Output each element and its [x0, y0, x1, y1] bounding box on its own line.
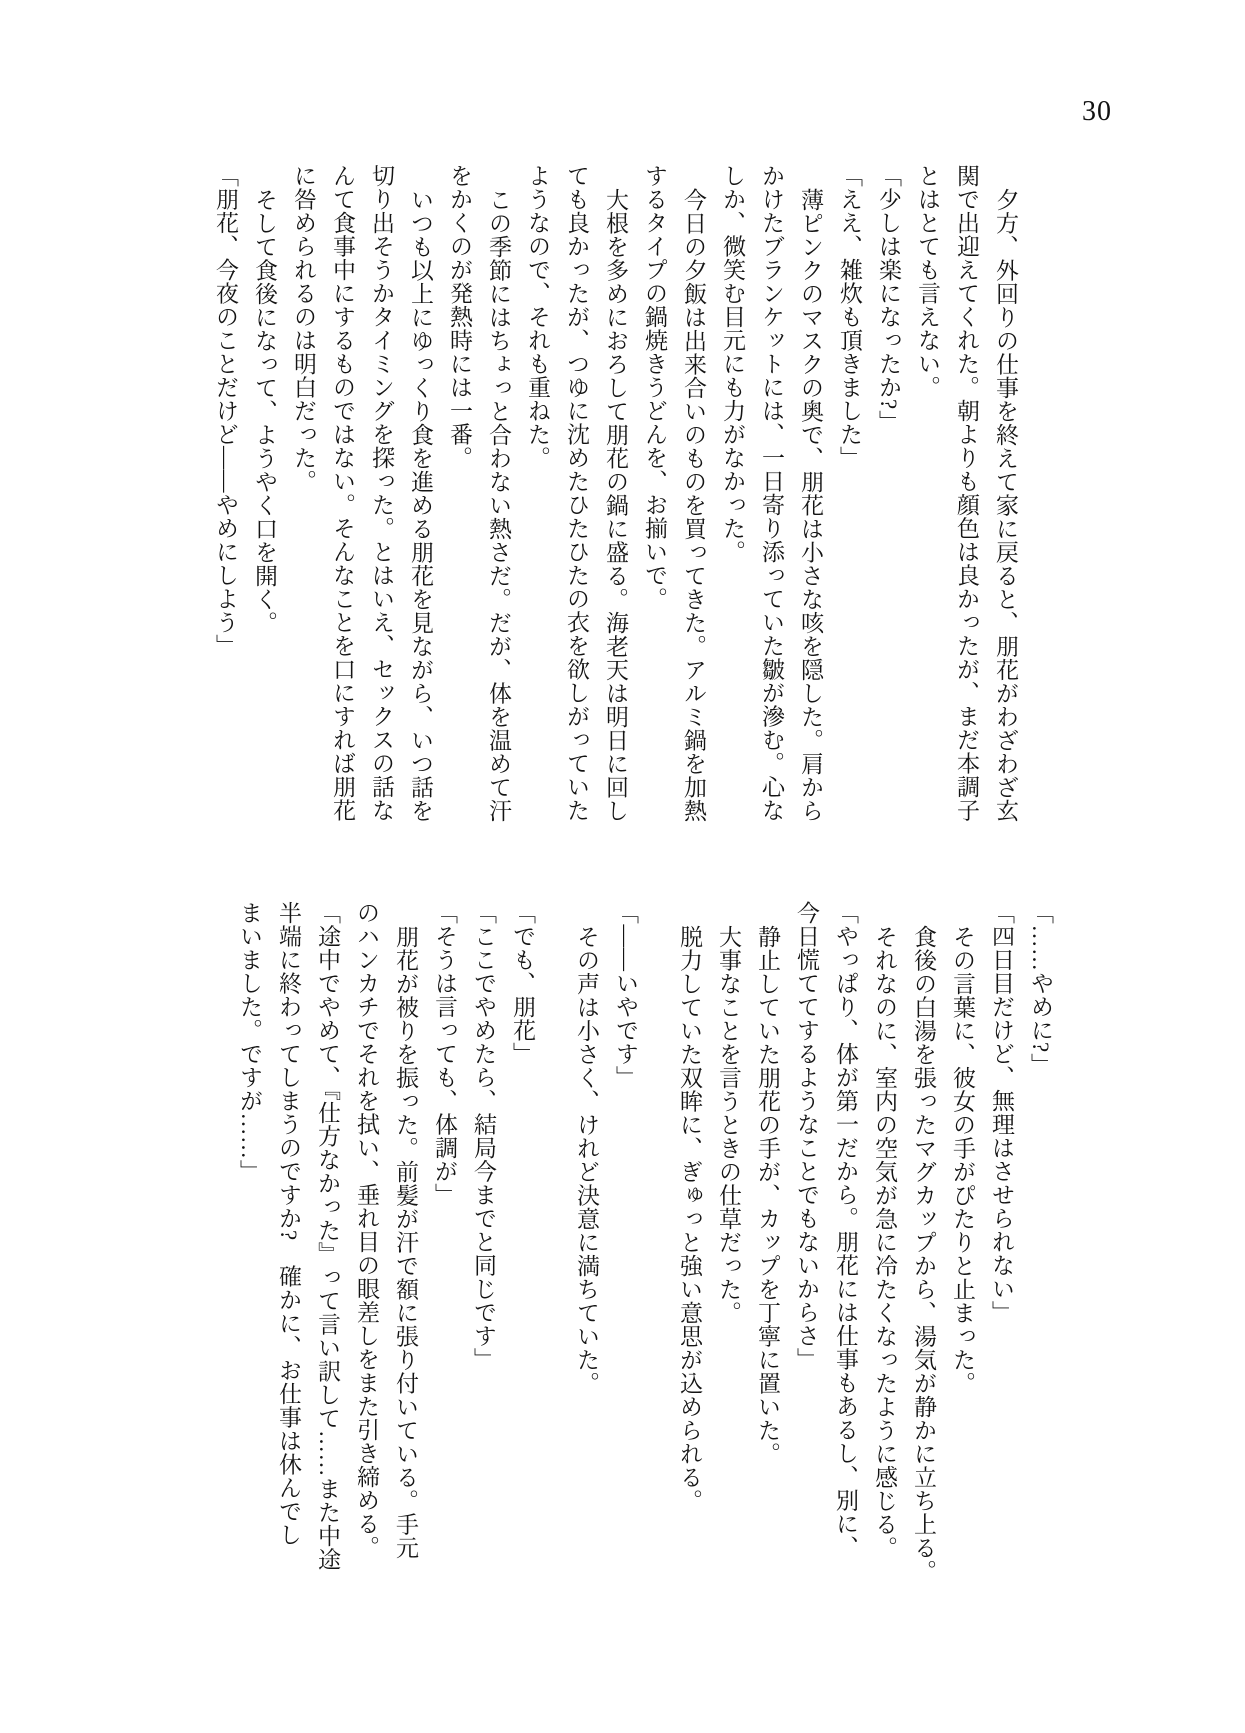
text-line: その言葉に、彼女の手がぴたりと止まった。	[943, 901, 982, 1561]
text-line: 「ええ、雑炊も頂きました」	[830, 164, 869, 824]
text-line: まいました。ですが……」	[230, 901, 269, 1561]
text-line: 今日の夕飯は出来合いのものを買ってきた。アルミ鍋を加熱	[674, 164, 713, 824]
document-page: 30 夕方、外回りの仕事を終えて家に戻ると、朋花がわざわざ玄関で出迎えてくれた。…	[0, 0, 1245, 1733]
text-line: この季節にはちょっと合わない熱さだ。だが、体を温めて汗	[479, 164, 518, 824]
text-line: 「途中でやめて、『仕方なかった』って言い訳して……また中途	[308, 901, 347, 1561]
text-line: しか、微笑む目元にも力がなかった。	[713, 164, 752, 824]
text-line: をかくのが発熱時には一番。	[440, 164, 479, 824]
text-line: 大根を多めにおろして朋花の鍋に盛る。海老天は明日に回し	[596, 164, 635, 824]
text-line: 今日慌ててするようなことでもないからさ」	[787, 901, 826, 1561]
text-line: いつも以上にゆっくり食を進める朋花を見ながら、いつ話を	[401, 164, 440, 824]
text-block-bottom: 「……やめに?」「四日目だけど、無理はさせられない」その言葉に、彼女の手がぴたり…	[230, 901, 1060, 1561]
text-line: 「やっぱり、体が第一だから。朋花には仕事もあるし、別に、	[826, 901, 865, 1561]
text-line: 「朋花、今夜のことだけど——やめにしよう」	[206, 164, 245, 824]
text-line: 「そうは言っても、体調が」	[425, 901, 464, 1561]
text-line: 「少しは楽になったか?」	[869, 164, 908, 824]
text-line: 朋花が被りを振った。前髪が汗で額に張り付いている。手元	[386, 901, 425, 1561]
text-line: 「四日目だけど、無理はさせられない」	[982, 901, 1021, 1561]
text-line: 「ここでやめたら、結局今までと同じです」	[464, 901, 503, 1561]
text-line: 「……やめに?」	[1021, 901, 1060, 1561]
text-line: 切り出そうかタイミングを探った。とはいえ、セックスの話な	[362, 164, 401, 824]
text-line: 夕方、外回りの仕事を終えて家に戻ると、朋花がわざわざ玄	[986, 164, 1025, 824]
text-line: に咎められるのは明白だった。	[284, 164, 323, 824]
text-line: 「——いやです」	[606, 901, 645, 1561]
text-line: するタイプの鍋焼きうどんを、お揃いで。	[635, 164, 674, 824]
text-line: 脱力していた双眸に、ぎゅっと強い意思が込められる。	[670, 901, 709, 1561]
text-line: その声は小さく、けれど決意に満ちていた。	[567, 901, 606, 1561]
text-block-top: 夕方、外回りの仕事を終えて家に戻ると、朋花がわざわざ玄関で出迎えてくれた。朝より…	[206, 164, 1025, 824]
text-line: 薄ピンクのマスクの奥で、朋花は小さな咳を隠した。肩から	[791, 164, 830, 824]
text-line: かけたブランケットには、一日寄り添っていた皺が滲む。心な	[752, 164, 791, 824]
text-line: とはとても言えない。	[908, 164, 947, 824]
text-line: んて食事中にするものではない。そんなことを口にすれば朋花	[323, 164, 362, 824]
text-line: 半端に終わってしまうのですか? 確かに、お仕事は休んでし	[269, 901, 308, 1561]
page-number: 30	[1082, 96, 1112, 128]
text-line: のハンカチでそれを拭い、垂れ目の眼差しをまた引き締める。	[347, 901, 386, 1561]
text-line: 関で出迎えてくれた。朝よりも顔色は良かったが、まだ本調子	[947, 164, 986, 824]
text-line: 静止していた朋花の手が、カップを丁寧に置いた。	[748, 901, 787, 1561]
text-line: 食後の白湯を張ったマグカップから、湯気が静かに立ち上る。	[904, 901, 943, 1561]
text-line: 大事なことを言うときの仕草だった。	[709, 901, 748, 1561]
text-line: ても良かったが、つゆに沈めたひたひたの衣を欲しがっていた	[557, 164, 596, 824]
text-line: 「でも、朋花」	[503, 901, 542, 1561]
text-line: そして食後になって、ようやく口を開く。	[245, 164, 284, 824]
text-line: それなのに、室内の空気が急に冷たくなったように感じる。	[865, 901, 904, 1561]
text-line: ようなので、それも重ねた。	[518, 164, 557, 824]
